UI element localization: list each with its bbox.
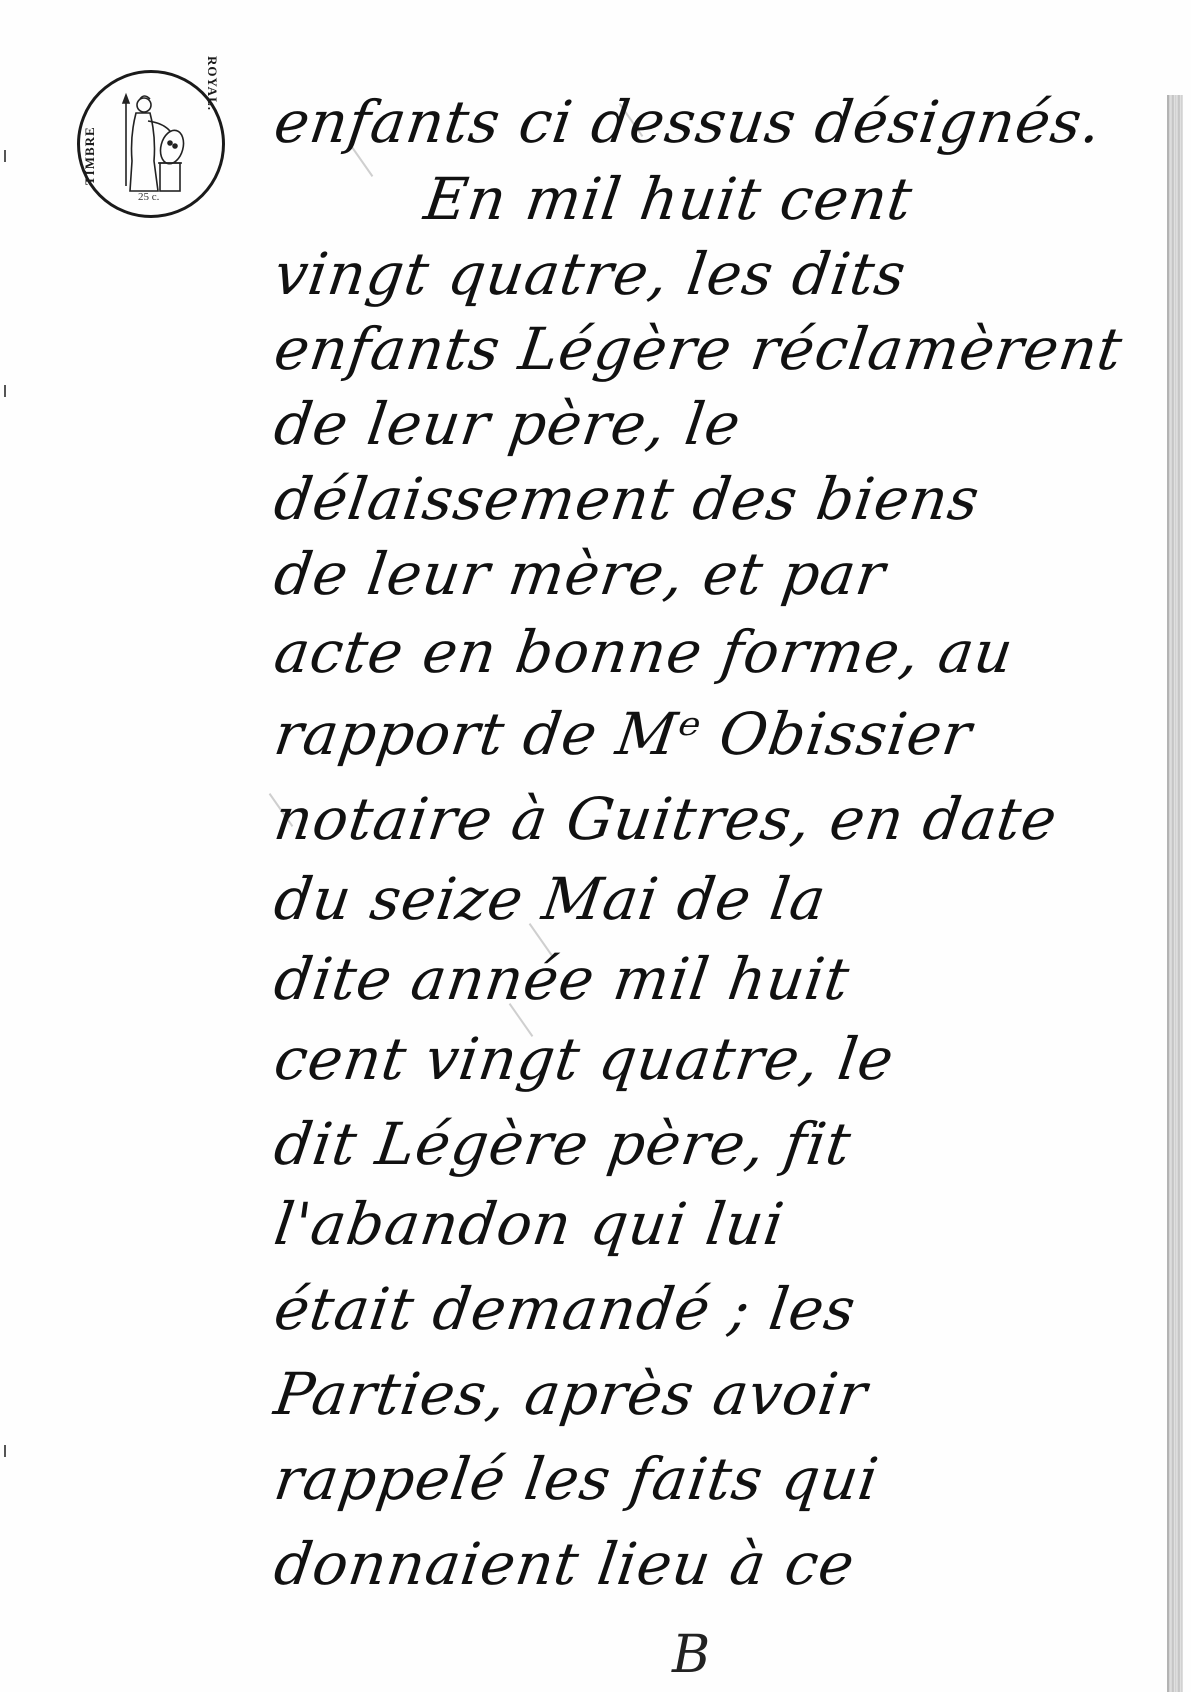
text-line: vingt quatre, les dits <box>270 240 910 308</box>
text-line: En mil huit cent <box>420 165 917 233</box>
text-line: rapport de Mᵉ Obissier <box>270 700 976 768</box>
text-line: l'abandon qui lui <box>270 1190 788 1258</box>
text-line: de leur père, le <box>270 390 745 458</box>
text-line: acte en bonne forme, au <box>270 618 1018 686</box>
page-binding-edge <box>1167 95 1183 1692</box>
text-line: dit Légère père, fit <box>270 1110 855 1178</box>
text-line: enfants Légère réclamèrent <box>270 315 1127 383</box>
margin-mark <box>4 150 6 162</box>
text-line: enfants ci dessus désignés. <box>270 88 1106 156</box>
text-line: de leur mère, et par <box>270 540 890 608</box>
stamp-figure-icon <box>118 91 188 201</box>
stamp-right-text: ROYAL. <box>204 56 220 111</box>
margin-mark <box>4 1445 6 1457</box>
text-line: du seize Mai de la <box>270 865 830 933</box>
document-page: TIMBRE ROYAL. 25 c. enfants ci dessus dé… <box>0 0 1191 1692</box>
text-line: était demandé ; les <box>270 1275 860 1343</box>
text-line: Parties, après avoir <box>270 1360 872 1428</box>
stamp-left-text: TIMBRE <box>82 126 98 185</box>
text-line: dite année mil huit <box>270 945 854 1013</box>
text-line: donnaient lieu à ce <box>270 1530 859 1598</box>
text-line: rappelé les faits qui <box>270 1445 883 1513</box>
stamp-value: 25 c. <box>138 191 159 203</box>
margin-mark <box>4 385 6 397</box>
royal-stamp: TIMBRE ROYAL. 25 c. <box>77 70 225 218</box>
text-line: cent vingt quatre, le <box>270 1025 898 1093</box>
page-mark: B <box>672 1625 710 1685</box>
text-line: notaire à Guitres, en date <box>270 785 1061 853</box>
text-line: délaissement des biens <box>270 465 984 533</box>
